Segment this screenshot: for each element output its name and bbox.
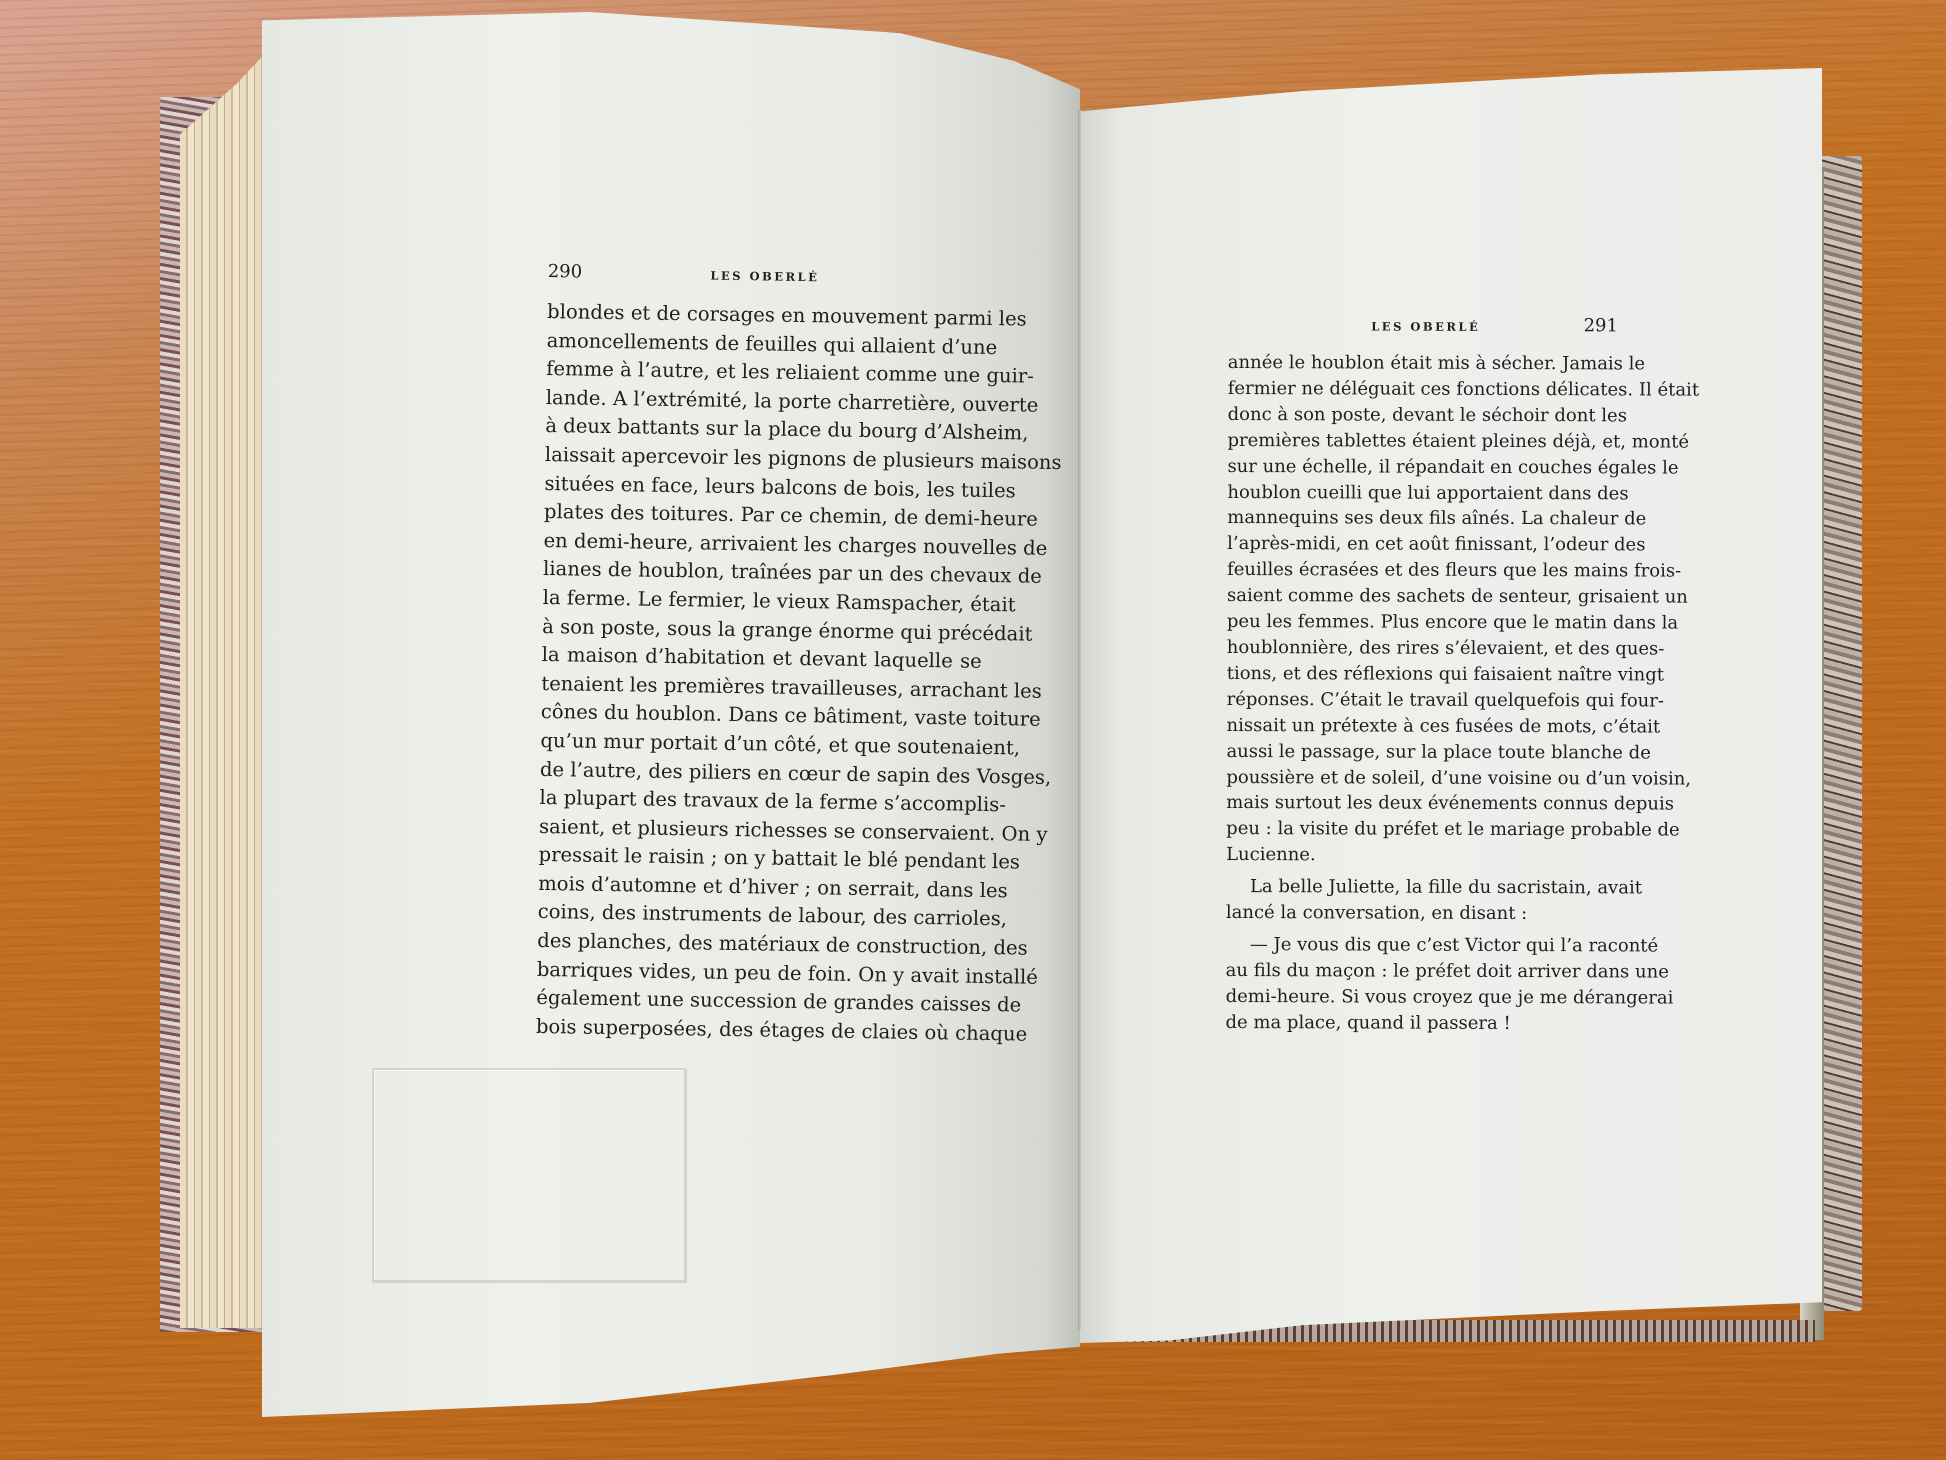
left-deckle-page-stack: [180, 58, 275, 1328]
text-line: lancé la conversation, en disant :: [1226, 900, 1616, 927]
text-line: réponses. C’était le travail quelquefois…: [1227, 687, 1617, 714]
text-line: sur une échelle, il répandait en couches…: [1227, 454, 1617, 481]
text-line: peu les femmes. Plus encore que le matin…: [1227, 609, 1617, 636]
book-gutter: [1078, 110, 1081, 1330]
page-number-left: 290: [548, 258, 583, 287]
left-page-text-block: 290 LES OBERLÉ blondes et de corsages en…: [536, 258, 988, 1048]
text-line: demi-heure. Si vous croyez que je me dér…: [1226, 984, 1616, 1011]
text-line: houblonnière, des rires s’élevaient, et …: [1227, 635, 1617, 662]
text-line: mais surtout les deux événements connus …: [1226, 790, 1616, 817]
text-line: nissait un prétexte à ces fusées de mots…: [1227, 713, 1617, 740]
text-line: saient comme des sachets de senteur, gri…: [1227, 583, 1617, 610]
text-line: premières tablettes étaient pleines déjà…: [1228, 428, 1618, 455]
text-line: houblon cueilli que lui apportaient dans…: [1227, 480, 1617, 507]
text-line: l’après-midi, en cet août finissant, l’o…: [1227, 531, 1617, 558]
text-line: de ma place, quand il passera !: [1225, 1010, 1615, 1037]
text-line: — Je vous dis que c’est Victor qui l’a r…: [1226, 932, 1616, 959]
text-line: au fils du maçon : le préfet doit arrive…: [1226, 958, 1616, 985]
page-number-right: 291: [1584, 313, 1618, 339]
text-line: aussi le passage, sur la place toute bla…: [1226, 739, 1616, 766]
text-line: Lucienne.: [1226, 842, 1616, 869]
text-line: poussière et de soleil, d’une voisine ou…: [1226, 764, 1616, 791]
left-page-header: 290 LES OBERLÉ: [547, 258, 988, 305]
text-line: peu : la visite du préfet et le mariage …: [1226, 816, 1616, 843]
text-line: fermier ne déléguait ces fonctions délic…: [1228, 376, 1618, 403]
header-spacer: [948, 283, 988, 284]
running-head-left: LES OBERLÉ: [710, 262, 820, 292]
text-line: tions, et des réflexions qui faisaient n…: [1227, 661, 1617, 688]
text-line: feuilles écrasées et des fleurs que les …: [1227, 557, 1617, 584]
blind-emboss-stamp: [372, 1068, 686, 1282]
right-page-header: LES OBERLÉ 291: [1228, 312, 1618, 351]
right-page-text-block: LES OBERLÉ 291 année le houblon était mi…: [1225, 312, 1618, 1037]
text-line: mannequins ses deux fils aînés. La chale…: [1227, 505, 1617, 532]
text-line: La belle Juliette, la fille du sacristai…: [1226, 874, 1616, 901]
text-line: année le houblon était mis à sécher. Jam…: [1228, 350, 1618, 377]
running-head-right: LES OBERLÉ: [1371, 315, 1480, 341]
text-line: donc à son poste, devant le séchoir dont…: [1228, 402, 1618, 429]
